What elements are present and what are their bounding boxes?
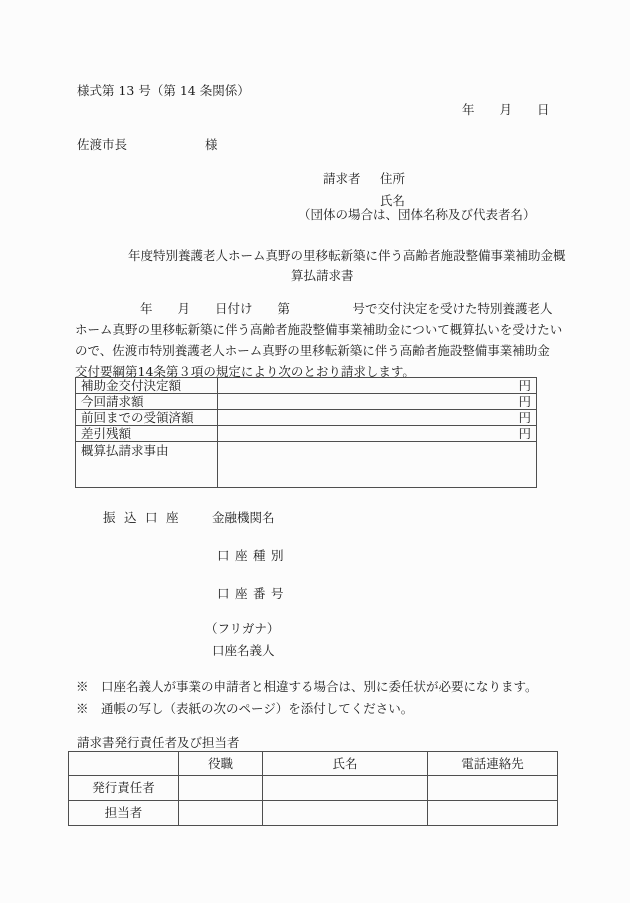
table-row: 今回請求額 円 xyxy=(76,394,537,410)
amount-table: 補助金交付決定額 円 今回請求額 円 前回までの受領済額 円 差引残額 円 概算… xyxy=(75,377,537,488)
addressee-name: 佐渡市長 xyxy=(77,138,127,152)
contact-phone-cell xyxy=(428,801,558,826)
contact-name-cell xyxy=(263,801,428,826)
requester-address-label: 住所 xyxy=(380,172,405,186)
amount-row-label: 補助金交付決定額 xyxy=(76,378,218,394)
note-line: ※ 口座名義人が事業の申請者と相違する場合は、別に委任状が必要になります。 xyxy=(76,680,538,694)
account-type-label: 口座種別 xyxy=(217,549,289,563)
contact-table: 役職 氏名 電話連絡先 発行責任者 担当者 xyxy=(68,751,558,826)
table-row: 概算払請求事由 xyxy=(76,442,537,488)
contact-row-label: 担当者 xyxy=(69,801,179,826)
body-paragraph-line: ホーム真野の里移転新築に伴う高齢者施設整備事業補助金について概算払いを受けたい xyxy=(75,323,562,337)
contact-position-cell xyxy=(179,776,263,801)
table-row: 差引残額 円 xyxy=(76,426,537,442)
amount-row-label: 差引残額 xyxy=(76,426,218,442)
contact-name-cell xyxy=(263,776,428,801)
financial-institution-label: 金融機関名 xyxy=(212,511,275,525)
contact-header-row: 役職 氏名 電話連絡先 xyxy=(69,752,558,776)
table-row: 担当者 xyxy=(69,801,558,826)
amount-row-label: 概算払請求事由 xyxy=(76,442,218,488)
contact-header-name: 氏名 xyxy=(263,752,428,776)
amount-row-value-yen: 円 xyxy=(218,426,537,442)
table-row: 補助金交付決定額 円 xyxy=(76,378,537,394)
contact-header-phone: 電話連絡先 xyxy=(428,752,558,776)
amount-row-label: 前回までの受領済額 xyxy=(76,410,218,426)
payment-reason-cell xyxy=(218,442,537,488)
form-number: 様式第 13 号（第 14 条関係） xyxy=(77,84,250,98)
addressee-honorific: 様 xyxy=(205,138,218,152)
contact-table-caption: 請求書発行責任者及び担当者 xyxy=(77,736,240,750)
contact-position-cell xyxy=(179,801,263,826)
body-paragraph-line: 年 月 日付け 第 号で交付決定を受けた特別養護老人 xyxy=(75,302,553,316)
contact-header-blank xyxy=(69,752,179,776)
table-row: 発行責任者 xyxy=(69,776,558,801)
document-title-line2: 算払請求書 xyxy=(291,269,354,283)
requester-org-note: （団体の場合は、団体名称及び代表者名） xyxy=(298,208,536,222)
note-line: ※ 通帳の写し（表紙の次のページ）を添付してください。 xyxy=(76,702,413,716)
document-page: 様式第 13 号（第 14 条関係） 年 月 日 佐渡市長 様 請求者 住所 氏… xyxy=(0,0,630,903)
amount-row-value-yen: 円 xyxy=(218,410,537,426)
amount-row-value-yen: 円 xyxy=(218,378,537,394)
furigana-label: （フリガナ） xyxy=(205,622,279,636)
contact-header-position: 役職 xyxy=(179,752,263,776)
account-number-label: 口座番号 xyxy=(217,587,289,601)
contact-row-label: 発行責任者 xyxy=(69,776,179,801)
contact-phone-cell xyxy=(428,776,558,801)
account-holder-label: 口座名義人 xyxy=(212,644,275,658)
bank-section-label: 振込口座 xyxy=(103,511,187,525)
body-paragraph-line: ので、佐渡市特別養護老人ホーム真野の里移転新築に伴う高齢者施設整備事業補助金 xyxy=(75,344,550,358)
table-row: 前回までの受領済額 円 xyxy=(76,410,537,426)
date-line: 年 月 日 xyxy=(462,103,550,117)
amount-row-label: 今回請求額 xyxy=(76,394,218,410)
amount-row-value-yen: 円 xyxy=(218,394,537,410)
requester-label: 請求者 xyxy=(323,172,361,186)
document-title-line1: 年度特別養護老人ホーム真野の里移転新築に伴う高齢者施設整備事業補助金概 xyxy=(128,249,566,263)
